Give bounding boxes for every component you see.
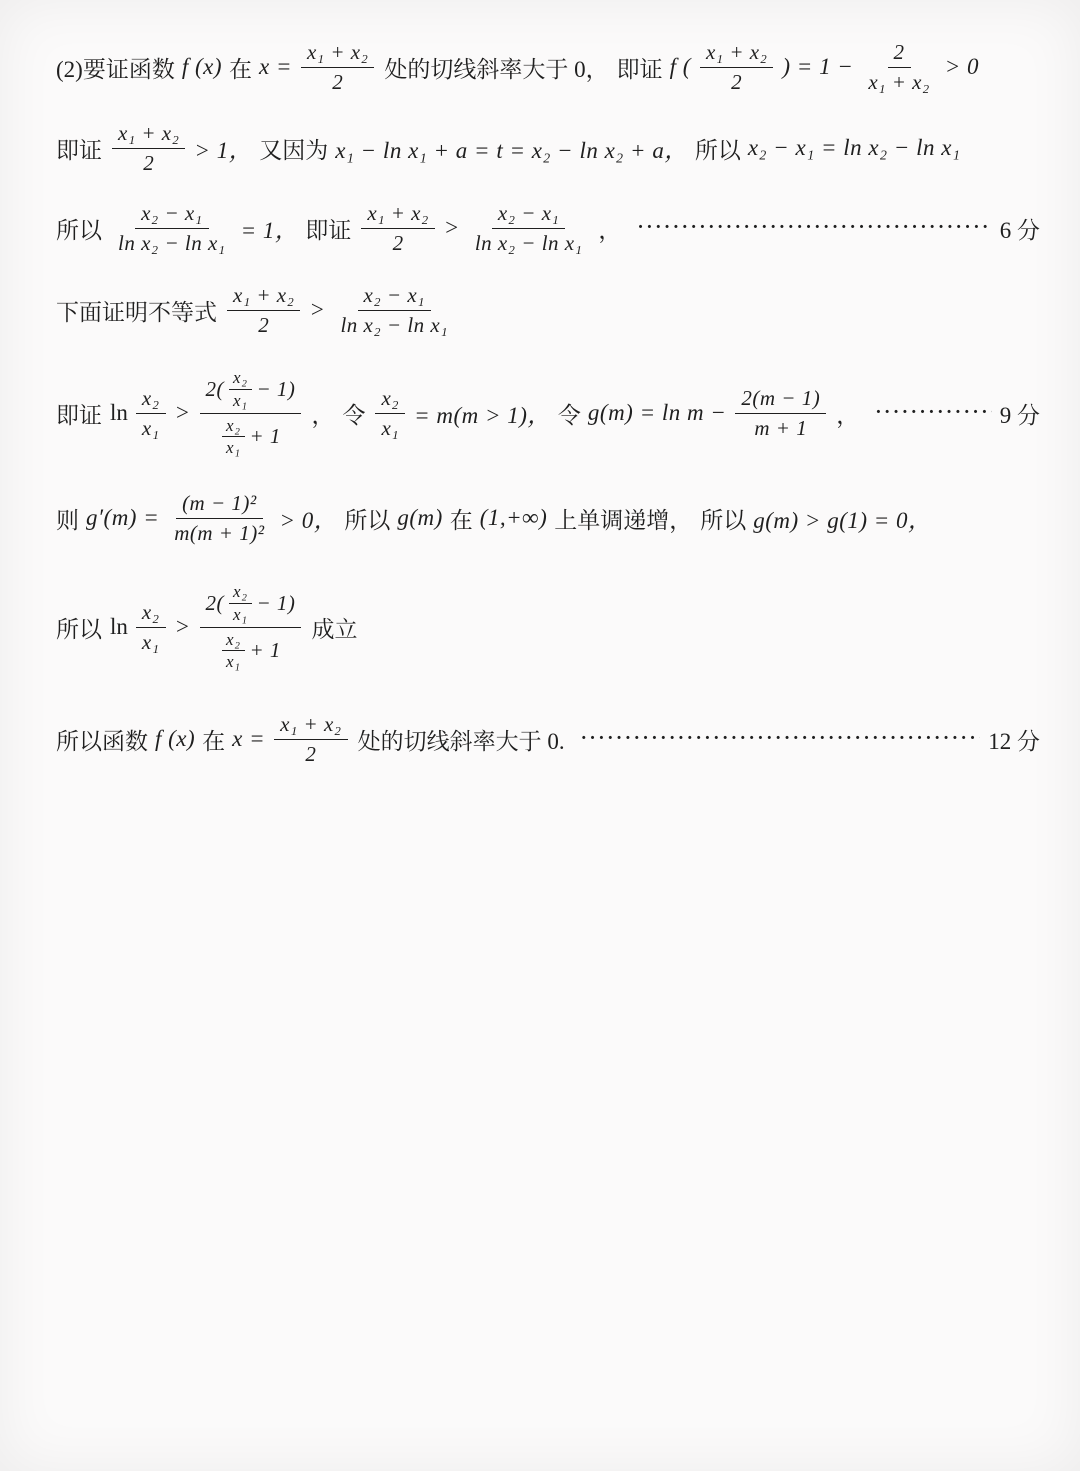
- fraction-dx-over-lndiff: x₂ − x₁ ln x₂ − ln x₁: [469, 201, 589, 254]
- math-gt-one: > 1，: [194, 132, 252, 165]
- math-x-equals: x =: [259, 54, 292, 80]
- nested-den-suffix: + 1: [250, 424, 281, 448]
- math-gm: g(m): [397, 505, 442, 531]
- dotted-leader: ········································…: [875, 402, 992, 424]
- math-gprime-equals: g′(m) =: [86, 505, 159, 531]
- comma: ，: [836, 397, 859, 430]
- score-6-marks: 6 分: [1000, 212, 1040, 245]
- text: 所以: [695, 132, 741, 165]
- text: 处的切线斜率大于 0，: [384, 51, 608, 84]
- fraction-x2-over-x1: x₂ x₁: [229, 582, 251, 624]
- proof-line-2: 即证 x₁ + x₂ 2 > 1， 又因为 x₁ − ln x₁ + a = t…: [52, 118, 1040, 178]
- text: 即证: [305, 212, 351, 245]
- text: 即证: [56, 397, 102, 430]
- text: 在: [229, 51, 252, 84]
- text: (2)要证函数: [56, 51, 175, 84]
- fraction-dx-over-lndiff: x₂ − x₁ ln x₂ − ln x₁: [112, 201, 232, 254]
- fraction-x1px2-over-2: x₁ + x₂ 2: [700, 40, 773, 93]
- math-g-inequality: g(m) > g(1) = 0，: [753, 502, 931, 535]
- text: 所以函数: [56, 723, 148, 756]
- text: 所以: [56, 611, 102, 644]
- comma: ，: [311, 397, 334, 430]
- text: 上单调递增，: [554, 502, 692, 535]
- fraction-x2-over-x1: x₂ x₁: [229, 368, 251, 410]
- text: 在: [202, 723, 225, 756]
- text: 令: [342, 397, 365, 430]
- fraction-x1px2-over-2: x₁ + x₂ 2: [361, 201, 434, 254]
- fraction-x2-over-x1: x₂ x₁: [136, 386, 166, 439]
- math-x-equals: x =: [232, 726, 265, 752]
- dotted-leader: ········································…: [581, 728, 981, 750]
- math-ln: ln: [110, 614, 128, 640]
- text: 成立: [311, 611, 357, 644]
- fraction-x2-over-x1: x₂ x₁: [136, 600, 166, 653]
- fraction-x2-over-x1: x₂ x₁: [222, 416, 244, 458]
- proof-line-8: 所以函数 f (x) 在 x = x₁ + x₂ 2 处的切线斜率大于 0. ·…: [52, 704, 1040, 774]
- math-f-open: f (: [670, 54, 691, 80]
- math-interval: (1,+∞): [480, 505, 548, 531]
- text: 即证: [617, 51, 663, 84]
- fraction-x1px2-over-2: x₁ + x₂ 2: [112, 121, 185, 174]
- text: 在: [450, 502, 473, 535]
- math-gt: >: [444, 215, 460, 241]
- text: 所以: [344, 502, 390, 535]
- dotted-leader: ········································…: [637, 217, 991, 239]
- fraction-2-over-x1px2: 2 x₁ + x₂: [862, 40, 935, 93]
- nested-den-suffix: + 1: [250, 638, 281, 662]
- math-fx: f (x): [182, 54, 222, 80]
- scanned-math-solution-page: (2)要证函数 f (x) 在 x = x₁ + x₂ 2 处的切线斜率大于 0…: [0, 0, 1080, 1471]
- comma: ，: [598, 212, 621, 245]
- proof-line-6: 则 g′(m) = (m − 1)² m(m + 1)² > 0， 所以 g(m…: [52, 482, 1040, 554]
- math-equation-t: x₁ − ln x₁ + a = t = x₂ − ln x₂ + a，: [335, 132, 688, 165]
- fraction-dx-over-lndiff: x₂ − x₁ ln x₂ − ln x₁: [334, 283, 454, 336]
- math-fx: f (x): [155, 726, 195, 752]
- proof-line-1: (2)要证函数 f (x) 在 x = x₁ + x₂ 2 处的切线斜率大于 0…: [52, 30, 1040, 104]
- nested-num-suffix: − 1): [257, 591, 296, 615]
- score-12-marks: 12 分: [988, 723, 1040, 756]
- math-equals-m: = m(m > 1)，: [414, 397, 551, 430]
- fraction-gm: 2(m − 1) m + 1: [735, 386, 826, 439]
- proof-line-4: 下面证明不等式 x₁ + x₂ 2 > x₂ − x₁ ln x₂ − ln x…: [52, 278, 1040, 342]
- text: 令: [558, 397, 581, 430]
- text: 又因为: [259, 132, 328, 165]
- fraction-gprime: (m − 1)² m(m + 1)²: [168, 491, 270, 544]
- math-gt: >: [175, 614, 191, 640]
- nested-num-suffix: − 1): [257, 377, 296, 401]
- math-diff-equals-lndiff: x₂ − x₁ = ln x₂ − ln x₁: [748, 135, 961, 161]
- nested-num-prefix: 2(: [206, 377, 225, 401]
- fraction-x1px2-over-2: x₁ + x₂ 2: [227, 283, 300, 336]
- text: 则: [56, 502, 79, 535]
- nested-fraction: 2( x₂ x₁ − 1) x₂ x₁ + 1: [200, 582, 302, 671]
- text: 所以: [700, 502, 746, 535]
- math-g-definition: g(m) = ln m −: [588, 400, 726, 426]
- proof-line-3: 所以 x₂ − x₁ ln x₂ − ln x₁ = 1， 即证 x₁ + x₂…: [52, 194, 1040, 262]
- fraction-x2-over-x1: x₂ x₁: [222, 630, 244, 672]
- text: 下面证明不等式: [56, 294, 217, 327]
- math-gt-zero: > 0，: [280, 502, 338, 535]
- math-gt-zero: > 0: [945, 54, 979, 80]
- nested-num-prefix: 2(: [206, 591, 225, 615]
- math-equals-one-minus: ) = 1 −: [782, 54, 853, 80]
- math-equals-one: = 1，: [241, 212, 299, 245]
- text: 所以: [56, 212, 102, 245]
- fraction-x1px2-over-2: x₁ + x₂ 2: [301, 40, 374, 93]
- nested-fraction: 2( x₂ x₁ − 1) x₂ x₁ + 1: [200, 368, 302, 457]
- proof-line-5: 即证 ln x₂ x₁ > 2( x₂ x₁ − 1) x₂ x₁ + 1: [52, 352, 1040, 474]
- math-ln: ln: [110, 400, 128, 426]
- score-9-marks: 9 分: [1000, 397, 1040, 430]
- math-gt: >: [175, 400, 191, 426]
- text: 处的切线斜率大于 0.: [358, 723, 565, 756]
- proof-line-7: 所以 ln x₂ x₁ > 2( x₂ x₁ − 1) x₂ x₁ + 1: [52, 566, 1040, 688]
- fraction-x2-over-x1: x₂ x₁: [375, 386, 405, 439]
- math-gt: >: [309, 297, 325, 323]
- text: 即证: [56, 132, 102, 165]
- fraction-x1px2-over-2: x₁ + x₂ 2: [274, 712, 347, 765]
